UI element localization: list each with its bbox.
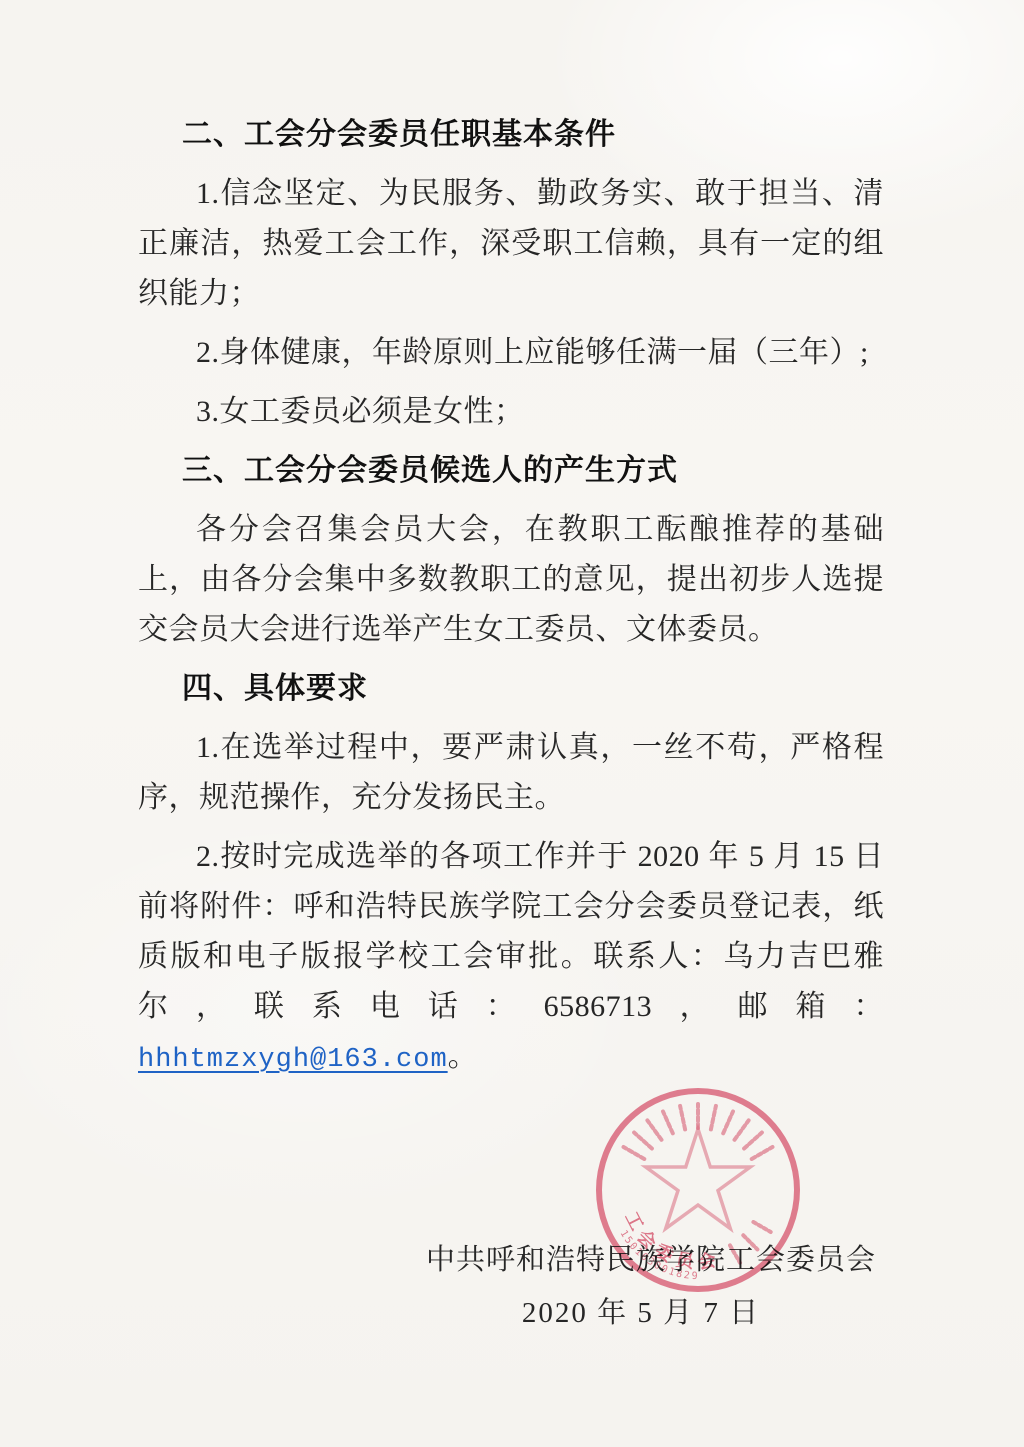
section-heading-3: 三、工会分会委员候选人的产生方式 bbox=[138, 446, 884, 496]
section-heading-4: 四、具体要求 bbox=[138, 664, 884, 714]
paragraph-condition-2: 2.身体健康，年龄原则上应能够任满一届（三年）; bbox=[138, 328, 884, 378]
paragraph-condition-3: 3.女工委员必须是女性； bbox=[138, 387, 884, 437]
svg-text:工会委员会: 工会委员会 bbox=[621, 1209, 723, 1273]
paragraph-condition-1: 1.信念坚定、为民服务、勤政务实、敢于担当、清正廉洁，热爱工会工作，深受职工信赖… bbox=[138, 169, 884, 319]
document-page: 二、工会分会委员任职基本条件 1.信念坚定、为民服务、勤政务实、敢于担当、清正廉… bbox=[0, 0, 1024, 1447]
official-seal-stamp: 工会委员会 1501030018297 bbox=[592, 1084, 804, 1296]
section-heading-2: 二、工会分会委员任职基本条件 bbox=[138, 110, 884, 160]
paragraph-requirement-2: 2.按时完成选举的各项工作并于 2020 年 5 月 15 日前将附件：呼和浩特… bbox=[138, 832, 884, 1085]
folded-script-arc bbox=[730, 1222, 771, 1263]
email-link[interactable]: hhhtmzxygh@163.com bbox=[138, 1045, 448, 1075]
stamp-bottom-text: 工会委员会 bbox=[621, 1209, 723, 1273]
contact-text: 2.按时完成选举的各项工作并于 2020 年 5 月 15 日前将附件：呼和浩特… bbox=[138, 840, 884, 1023]
paragraph-candidate-process: 各分会召集会员大会，在教职工酝酿推荐的基础上，由各分会集中多数教职工的意见，提出… bbox=[138, 505, 884, 655]
contact-text-end: 。 bbox=[448, 1040, 479, 1073]
paragraph-requirement-1: 1.在选举过程中，要严肃认真，一丝不苟，严格程序，规范操作，充分发扬民主。 bbox=[138, 723, 884, 823]
star-icon bbox=[646, 1129, 751, 1229]
